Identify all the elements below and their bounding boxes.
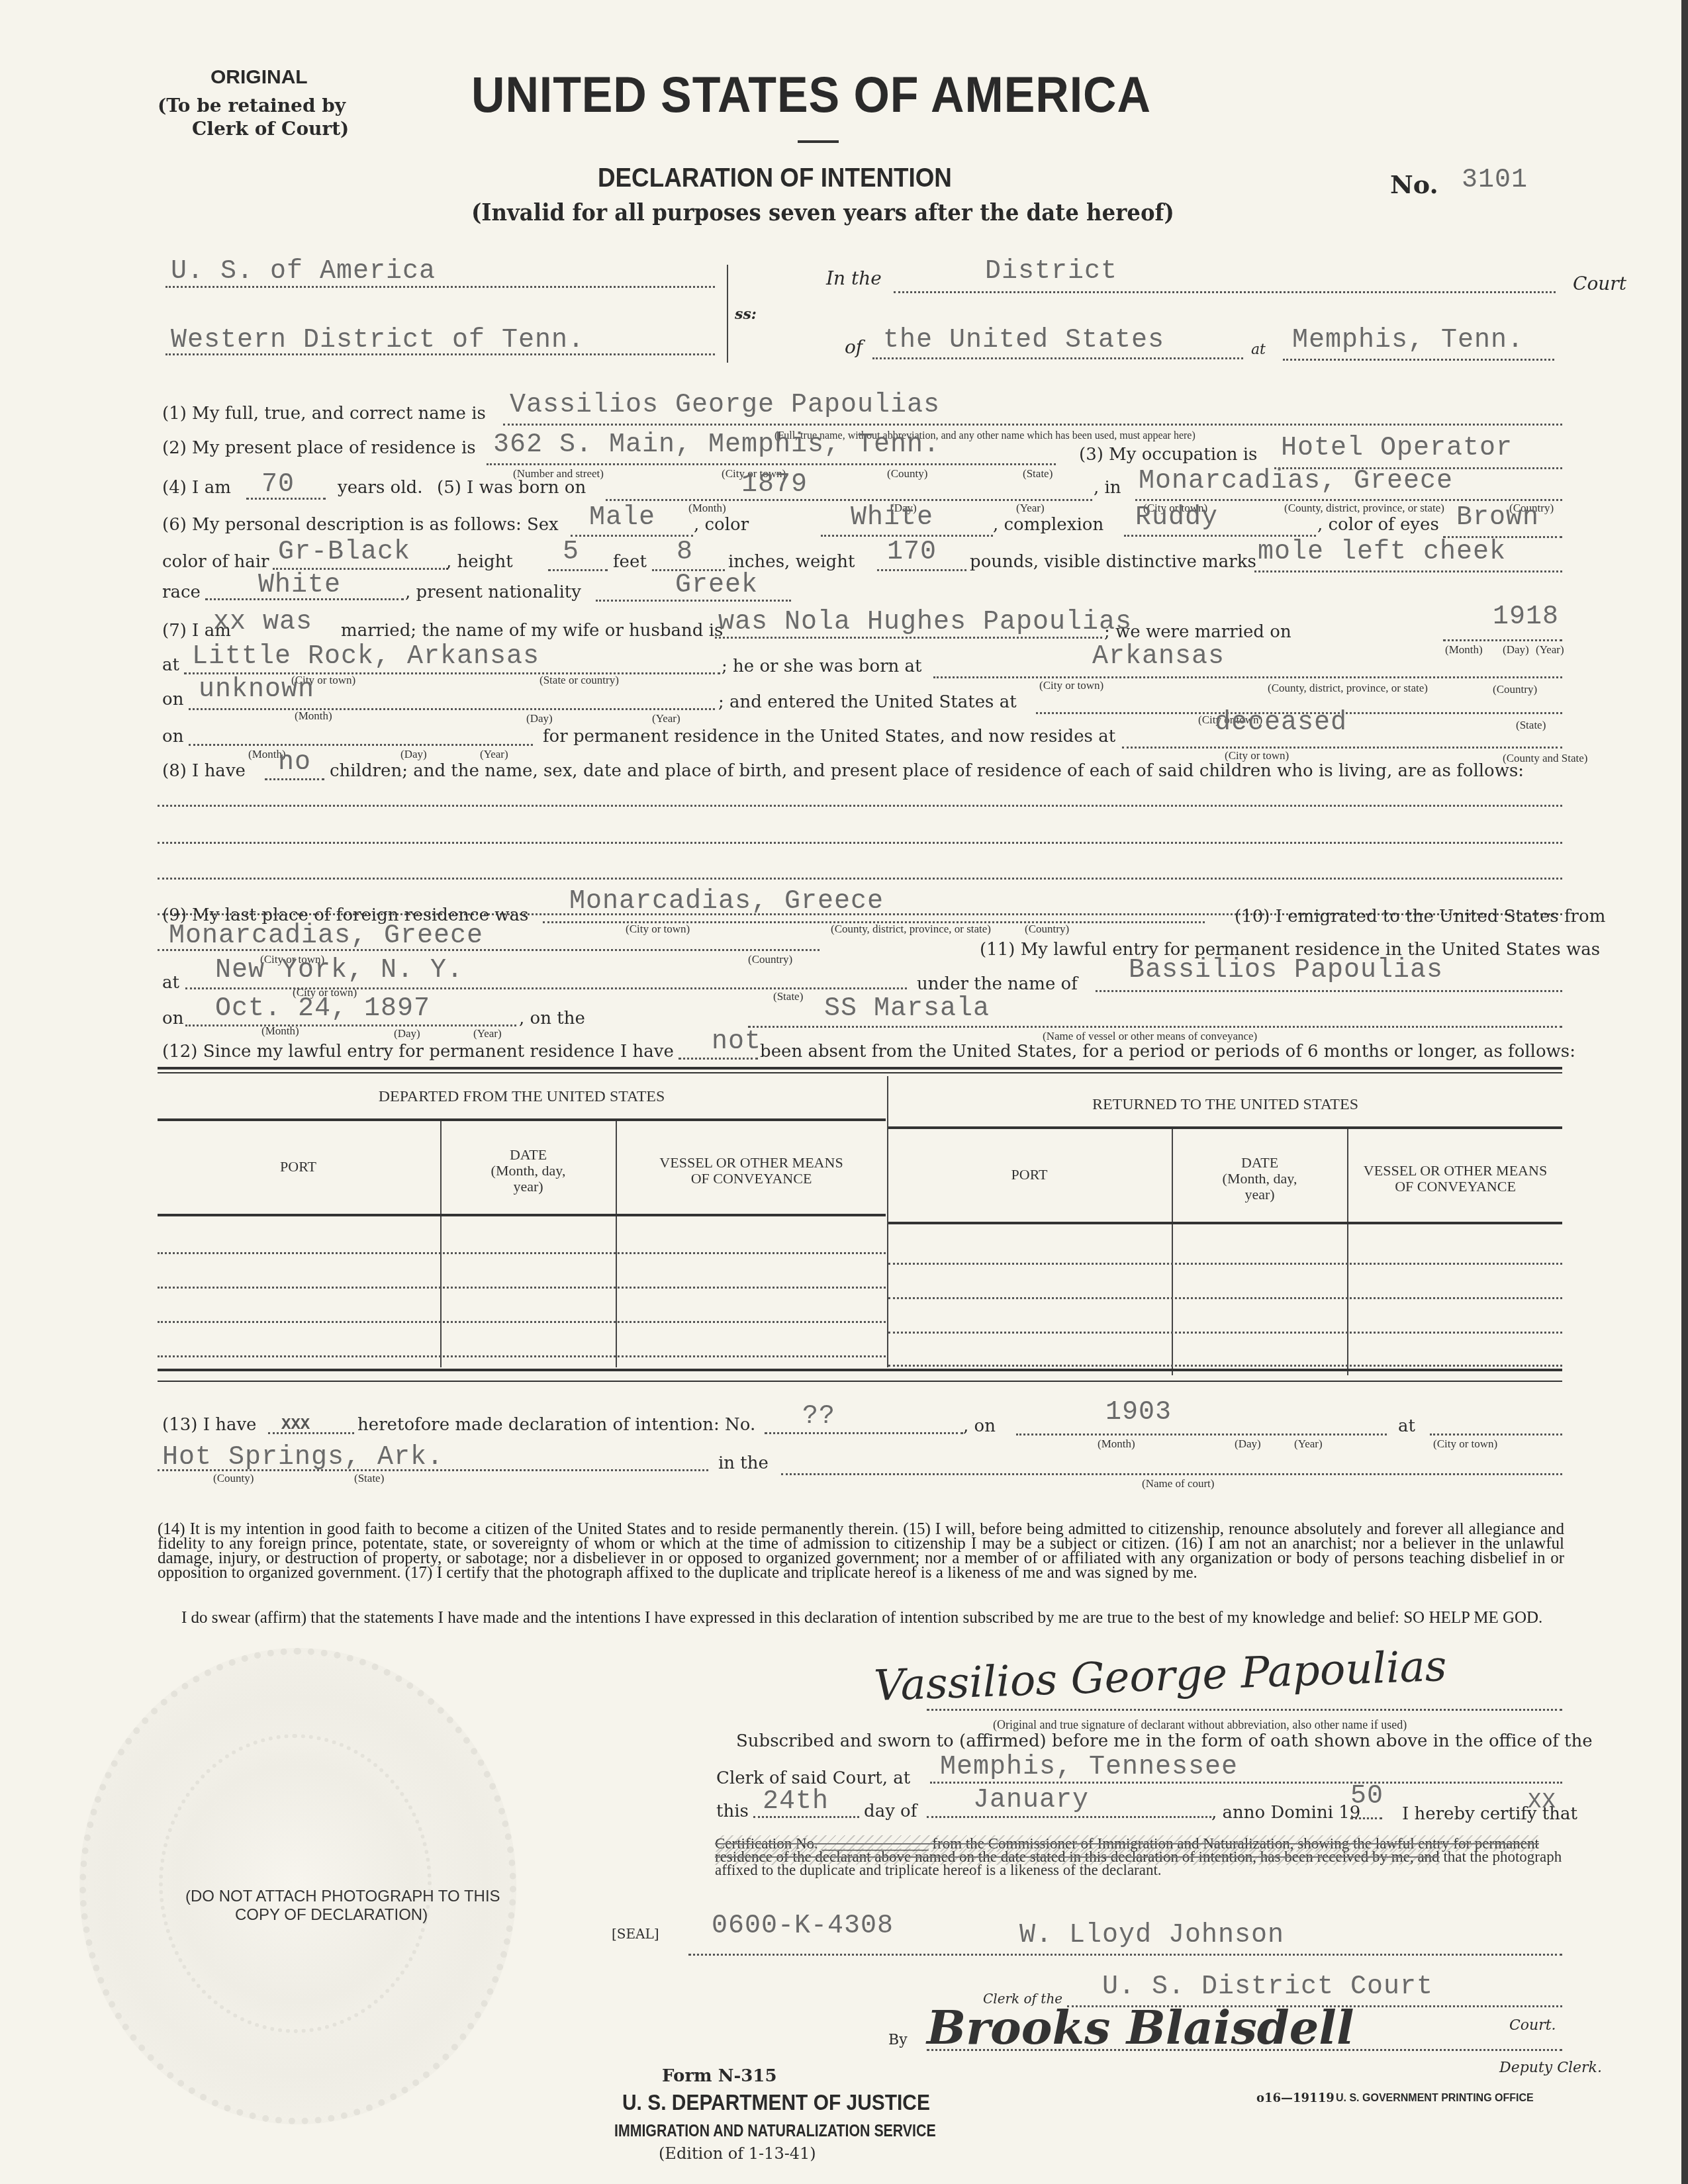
page-title: UNITED STATES OF AMERICA [471, 66, 1151, 124]
declaration-number: 3101 [1462, 165, 1528, 195]
col-date-departed-2: (Month, day, [442, 1162, 615, 1179]
birth-place-value: Monarcadias, Greece [1139, 467, 1453, 496]
entry-place-value: New York, N. Y. [215, 956, 463, 985]
married-label: married; the name of my wife or husband … [341, 621, 723, 641]
q6-label: (6) My personal description is as follow… [162, 515, 559, 535]
court-type: District [985, 257, 1117, 287]
col-port-departed: PORT [158, 1158, 439, 1175]
marks-value: mole left cheek [1258, 537, 1506, 567]
hair-label: color of hair [162, 552, 269, 572]
birth-date-value: 1879 [741, 470, 808, 500]
spouse-name-value: was Nola Hughes Papoulias [718, 608, 1132, 637]
married-status-value: xx was [213, 608, 312, 637]
department-name: U. S. DEPARTMENT OF JUSTICE [622, 2090, 930, 2116]
embossed-seal-inner-ring [159, 1734, 432, 2033]
entered-label: ; and entered the United States at [718, 692, 1017, 712]
residence-value: 362 S. Main, Memphis, Tenn. [493, 430, 940, 460]
of-value: the United States [883, 326, 1164, 355]
clerk-court-value: U. S. District Court [1102, 1972, 1433, 2002]
col-vessel-departed-2: OF CONVEYANCE [617, 1170, 886, 1187]
caption: (Day) [1235, 1437, 1261, 1451]
caption: (Country) [1493, 683, 1537, 696]
col-date-returned-1: DATE [1173, 1154, 1346, 1171]
entry-date-value: Oct. 24, 1897 [215, 994, 430, 1024]
court-period-label: Court. [1509, 2017, 1556, 2034]
seal-label: [SEAL] [612, 1926, 659, 1942]
venue-line-2: Western District of Tenn. [171, 326, 585, 355]
on-label-3: on [162, 1009, 183, 1028]
col-date-departed-3: year) [442, 1178, 615, 1195]
original-label: ORIGINAL [211, 66, 308, 89]
caption: (City or town) [1039, 679, 1103, 692]
height-label: , height [446, 552, 513, 572]
pounds-label: pounds, visible distinctive marks [970, 552, 1256, 572]
vessel-value: SS Marsala [824, 994, 990, 1024]
hair-value: Gr-Black [278, 537, 410, 567]
col-port-returned: PORT [888, 1166, 1170, 1183]
complexion-value: Ruddy [1135, 503, 1218, 533]
clerk-at-value: Memphis, Tennessee [940, 1752, 1238, 1782]
nationality-value: Greek [675, 570, 758, 600]
caption: (State) [354, 1472, 384, 1485]
spouse-birth-date-value: unknown [199, 675, 314, 705]
caption: (City or town) [626, 923, 690, 936]
prior-place-value: Hot Springs, Ark. [162, 1443, 444, 1473]
edition-note: (Edition of 1-13-41) [659, 2144, 816, 2163]
clerk-name: W. Lloyd Johnson [1019, 1921, 1284, 1950]
clerk-at-label: Clerk of said Court, at [716, 1768, 910, 1788]
page-subtitle: DECLARATION OF INTENTION [598, 163, 952, 193]
caption: (City or town) [1433, 1437, 1497, 1451]
caption: (State) [1516, 719, 1546, 732]
caption: (Country) [748, 953, 792, 966]
struck-text: Certification No. ______________ from th… [715, 1835, 1539, 1865]
resides-label: for permanent residence in the United St… [543, 727, 1115, 747]
spouse-residence-value: deceased [1215, 708, 1347, 738]
month-value: January [973, 1786, 1089, 1815]
photo-note-line-1: (DO NOT ATTACH PHOTOGRAPH TO THIS [185, 1888, 500, 1906]
caption: (Month) [1445, 643, 1483, 657]
feet-label: feet [613, 552, 647, 572]
caption: (Year) [1016, 502, 1045, 515]
signature-caption: (Original and true signature of declaran… [993, 1718, 1407, 1732]
caption: (Month) [688, 502, 726, 515]
caption: (Name of vessel or other means of convey… [1043, 1030, 1257, 1043]
returned-header: RETURNED TO THE UNITED STATES [888, 1096, 1562, 1113]
occupation-value: Hotel Operator [1281, 433, 1513, 463]
number-label: No. [1390, 169, 1438, 199]
q12-text: been absent from the United States, for … [760, 1042, 1575, 1062]
full-name-value: Vassilios George Papoulias [510, 390, 940, 420]
height-inches-value: 8 [677, 537, 693, 567]
declaration-page: ORIGINAL (To be retained by Clerk of Cou… [0, 0, 1688, 2184]
col-vessel-departed-1: VESSEL OR OTHER MEANS [617, 1154, 886, 1171]
caption: (County, district, province, or state) [1268, 682, 1428, 695]
weight-value: 170 [887, 537, 937, 567]
caption: (City or town) [1225, 749, 1289, 762]
caption: (County, district, province, or state) [1284, 502, 1444, 515]
color-label: , color [694, 515, 749, 535]
q3-label: (3) My occupation is [1079, 445, 1257, 465]
xx-mark: XX [1528, 1790, 1556, 1815]
inches-label: inches, weight [728, 552, 855, 572]
on-label-2: on [162, 727, 183, 747]
under-name-label: under the name of [917, 974, 1078, 994]
this-label: this [716, 1801, 749, 1821]
caption: (Month) [261, 1024, 299, 1038]
caption: (Year) [1536, 643, 1564, 657]
by-label: By [888, 2032, 908, 2048]
q12-label: (12) Since my lawful entry for permanent… [162, 1042, 674, 1062]
caption: (State or country) [539, 674, 619, 687]
caption: (State) [773, 990, 803, 1003]
q13-text: heretofore made declaration of intention… [357, 1415, 755, 1435]
entry-name-value: Bassilios Papoulias [1129, 956, 1443, 985]
age-value: 70 [261, 470, 295, 500]
col-vessel-returned-1: VESSEL OR OTHER MEANS [1348, 1162, 1562, 1179]
spouse-birthplace-value: Arkansas [1092, 642, 1225, 672]
deputy-signature: Brooks Blaisdell [927, 2000, 1354, 2055]
caption: (Day) [1503, 643, 1529, 657]
absent-status-value: not [712, 1027, 761, 1057]
q4-suffix: years old. [338, 478, 423, 498]
retained-note-2: Clerk of Court) [192, 118, 349, 140]
q2-label: (2) My present place of residence is [162, 438, 476, 458]
caption: (Country) [1025, 923, 1069, 936]
venue-line-1: U. S. of America [171, 257, 436, 287]
photo-note-line-2: COPY OF DECLARATION) [235, 1906, 428, 1925]
married-on-label: ; we were married on [1104, 622, 1291, 642]
service-name: IMMIGRATION AND NATURALIZATION SERVICE [614, 2120, 936, 2141]
emigrated-from-value: Monarcadias, Greece [169, 921, 483, 951]
year-value: 50 [1350, 1782, 1383, 1811]
deputy-clerk-label: Deputy Clerk. [1499, 2060, 1602, 2076]
caption: (County) [887, 467, 927, 480]
caption: (Year) [480, 748, 508, 761]
nationality-label: , present nationality [405, 582, 581, 602]
caption: (Day) [394, 1027, 420, 1040]
prior-in-the-label: in the [718, 1453, 769, 1473]
married-date-value: 1918 [1493, 602, 1559, 632]
caption: (Year) [1294, 1437, 1323, 1451]
eyes-value: Brown [1456, 503, 1539, 533]
race-label: race [162, 582, 201, 602]
caption: (Name of court) [1142, 1477, 1215, 1490]
caption: (County, district, province, or state) [831, 923, 991, 936]
complexion-label: , complexion [993, 515, 1103, 535]
married-place-value: Little Rock, Arkansas [192, 642, 539, 672]
caption: (County) [213, 1472, 254, 1485]
col-vessel-returned-2: OF CONVEYANCE [1348, 1178, 1562, 1195]
anno-label: , anno Domini 19 [1211, 1803, 1360, 1823]
race-value: White [258, 570, 341, 600]
q13-label: (13) I have [162, 1415, 257, 1435]
at-label-2: at [162, 973, 179, 993]
declarant-signature: Vassilios George Papoulias [873, 1642, 1448, 1711]
caption: (State) [1023, 467, 1053, 480]
court-label: Court [1573, 273, 1626, 295]
title-underline [798, 140, 839, 143]
on-the-label: , on the [519, 1009, 585, 1028]
prior-at-label: at [1398, 1416, 1415, 1436]
q10-label: (10) I emigrated to the United States fr… [1235, 907, 1605, 927]
at-label: at [1251, 341, 1266, 358]
col-date-returned-2: (Month, day, [1173, 1170, 1346, 1187]
at-label: at [162, 655, 179, 675]
jurat-intro: Subscribed and sworn to (affirmed) befor… [736, 1731, 1593, 1751]
q5-label: (5) I was born on [437, 478, 586, 498]
printer-name: U. S. GOVERNMENT PRINTING OFFICE [1336, 2093, 1534, 2105]
oath-paragraph: (14) It is my intention in good faith to… [158, 1522, 1564, 1580]
height-feet-value: 5 [563, 537, 579, 567]
ss-mark: ss: [735, 306, 757, 323]
caption: (Year) [473, 1027, 502, 1040]
form-number: Form N-315 [662, 2066, 776, 2086]
day-value: 24th [763, 1787, 829, 1817]
col-date-returned-3: year) [1173, 1186, 1346, 1203]
caption: (Day) [400, 748, 427, 761]
prior-number-value: ?? [802, 1402, 835, 1432]
invalid-note: (Invalid for all purposes seven years af… [471, 199, 1174, 226]
oath-swear: I do swear (affirm) that the statements … [158, 1611, 1564, 1625]
on-label: on [162, 690, 183, 709]
caption: (Day) [526, 712, 553, 725]
day-of-label: day of [864, 1801, 917, 1821]
sex-value: Male [589, 503, 655, 533]
struck-certification-text: Certification No. ______________ from th… [715, 1837, 1562, 1877]
caption: (Month) [295, 709, 332, 723]
col-date-departed-1: DATE [442, 1146, 615, 1163]
departed-header: DEPARTED FROM THE UNITED STATES [158, 1088, 886, 1105]
prior-date-value: 1903 [1105, 1398, 1172, 1428]
print-code: o16—19119 [1256, 2091, 1335, 2105]
children-count-value: no [278, 748, 311, 778]
prior-status-value: XXX [281, 1416, 310, 1434]
in-the-label: In the [826, 267, 882, 289]
last-foreign-residence-value: Monarcadias, Greece [569, 887, 884, 917]
color-value: White [851, 503, 933, 533]
caption: (Year) [652, 712, 680, 725]
prior-on-label: , on [963, 1416, 996, 1436]
spouse-born-label: ; he or she was born at [722, 657, 922, 676]
of-label: of [845, 336, 863, 358]
q4-label: (4) I am [162, 478, 231, 498]
caption: (Month) [1098, 1437, 1135, 1451]
file-number: 0600-K-4308 [712, 1911, 894, 1941]
page-edge [1681, 0, 1688, 2184]
q8-text: children; and the name, sex, date and pl… [330, 761, 1524, 781]
at-value: Memphis, Tenn. [1292, 326, 1524, 355]
eyes-label: , color of eyes [1317, 515, 1439, 535]
retained-note-1: (To be retained by [158, 95, 346, 116]
q8-label: (8) I have [162, 761, 246, 781]
q1-label: (1) My full, true, and correct name is [162, 404, 486, 424]
born-in-label: , in [1094, 478, 1121, 498]
